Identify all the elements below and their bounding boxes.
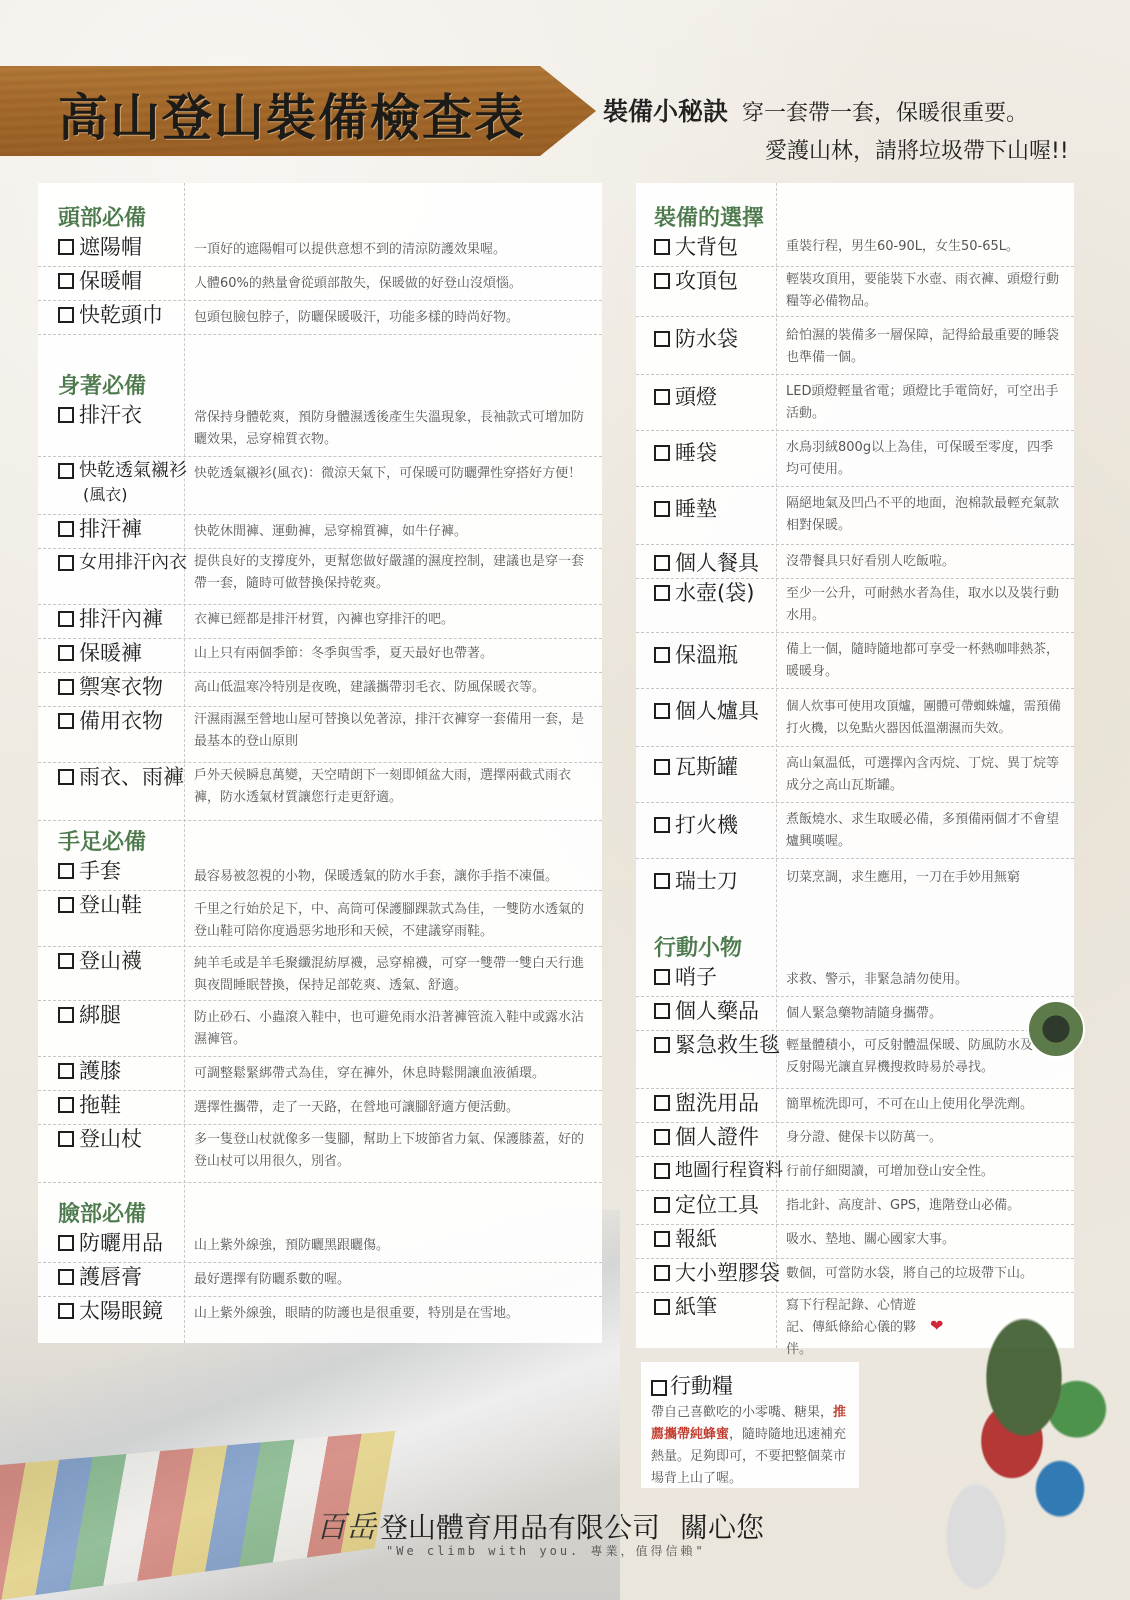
item-description: 帶自己喜歡吃的小零嘴、糖果，推薦攜帶純蜂蜜，隨時隨地迅速補充熱量。足夠即可，不要… — [651, 1402, 849, 1490]
item-description: 一頂好的遮陽帽可以提供意想不到的清涼防護效果喔。 — [194, 239, 586, 261]
item-name: 排汗褲 — [79, 515, 142, 543]
item-description: 提供良好的支撐度外，更幫您做好嚴謹的濕度控制，建議也是穿一套帶一套，隨時可做替換… — [194, 551, 586, 595]
item-name: 禦寒衣物 — [79, 673, 163, 701]
checkbox[interactable] — [654, 703, 670, 719]
footer-care-text: 關心您 — [680, 1506, 764, 1546]
item-name: 遮陽帽 — [79, 233, 142, 261]
item-name: 排汗內褲 — [79, 605, 163, 633]
item-description: 切菜烹調，求生應用，一刀在手妙用無窮 — [786, 867, 1064, 889]
checkbox[interactable] — [58, 611, 74, 627]
checkbox[interactable] — [58, 1303, 74, 1319]
item-description: 山上只有兩個季節：冬季與雪季，夏天最好也帶著。 — [194, 643, 586, 665]
item-name: 定位工具 — [675, 1191, 759, 1219]
section-title-gear: 裝備的選擇 — [654, 201, 764, 232]
item-description: 指北針、高度計、GPS，進階登山必備。 — [786, 1195, 1064, 1217]
item-description: 給怕濕的裝備多一層保障，記得給最重要的睡袋也準備一個。 — [786, 325, 1064, 369]
item-description: LED頭燈輕量省電；頭燈比手電筒好，可空出手活動。 — [786, 381, 1064, 425]
section-title-head: 頭部必備 — [58, 201, 146, 232]
checkbox[interactable] — [58, 713, 74, 729]
item-name: 太陽眼鏡 — [79, 1297, 163, 1325]
item-name: 護膝 — [79, 1057, 121, 1085]
item-description: 戶外天候瞬息萬變，天空晴朗下一刻即傾盆大雨，選擇兩截式雨衣褲，防水透氣材質讓您行… — [194, 765, 586, 809]
item-name: 攻頂包 — [675, 267, 738, 295]
checkbox[interactable] — [58, 1131, 74, 1147]
item-name: 個人證件 — [675, 1123, 759, 1151]
item-name: 地圖行程資料 — [675, 1157, 783, 1185]
item-description: 山上紫外線強，眼睛的防護也是很重要，特別是在雪地。 — [194, 1303, 586, 1325]
item-name: 防水袋 — [675, 325, 738, 353]
item-name: 哨子 — [675, 963, 717, 991]
checkbox[interactable] — [58, 769, 74, 785]
tips-block: 裝備小秘訣 穿一套帶一套，保暖很重要。 愛護山林，請將垃圾帶下山喔!! — [603, 92, 1103, 165]
checkbox[interactable] — [58, 1007, 74, 1023]
checkbox[interactable] — [58, 897, 74, 913]
checkbox[interactable] — [654, 273, 670, 289]
snack-checklist-item[interactable]: 行動糧 — [651, 1370, 849, 1400]
checkbox[interactable] — [58, 1235, 74, 1251]
checkbox[interactable] — [58, 407, 74, 423]
item-description: 行前仔細閱讀，可增加登山安全性。 — [786, 1161, 1064, 1183]
checkbox[interactable] — [58, 307, 74, 323]
checkbox[interactable] — [654, 817, 670, 833]
item-description: 千里之行始於足下，中、高筒可保護腳踝款式為佳，一雙防水透氣的登山鞋可陪你度過惡劣… — [194, 899, 586, 943]
checkbox[interactable] — [58, 463, 74, 479]
snack-desc-text: 帶自己喜歡吃的小零嘴、糖果， — [651, 1405, 833, 1420]
item-name: 保溫瓶 — [675, 641, 738, 669]
checkbox[interactable] — [58, 953, 74, 969]
item-description: 個人炊事可使用攻頂爐，團體可帶蜘蛛爐，需預備打火機，以免點火器因低溫潮濕而失效。 — [786, 695, 1064, 739]
snack-box: 行動糧 帶自己喜歡吃的小零嘴、糖果，推薦攜帶純蜂蜜，隨時隨地迅速補充熱量。足夠即… — [641, 1362, 859, 1488]
item-name: 盥洗用品 — [675, 1089, 759, 1117]
section-title-small-items: 行動小物 — [654, 931, 742, 962]
checkbox[interactable] — [58, 555, 74, 571]
item-name: 打火機 — [675, 811, 738, 839]
item-description: 煮飯燒水、求生取暖必備，多預備兩個才不會望爐興嘆喔。 — [786, 809, 1064, 853]
checkbox[interactable] — [58, 273, 74, 289]
checkbox[interactable] — [654, 1003, 670, 1019]
item-description: 重裝行程，男生60-90L，女生50-65L。 — [786, 236, 1064, 258]
item-description: 輕量體積小，可反射體温保暖、防風防水及反射陽光讓直昇機搜救時易於尋找。 — [786, 1035, 1034, 1079]
item-name: 睡墊 — [675, 495, 717, 523]
item-name: 水壺(袋) — [675, 579, 754, 607]
item-name: 備用衣物 — [79, 707, 163, 735]
item-name: 個人藥品 — [675, 997, 759, 1025]
checkbox[interactable] — [654, 239, 670, 255]
footer: 百岳 登山體育用品有限公司 關心您 "We climb with you. 專業… — [316, 1502, 816, 1559]
item-name: 登山襪 — [79, 947, 142, 975]
checkbox[interactable] — [58, 679, 74, 695]
checkbox[interactable] — [58, 863, 74, 879]
item-description: 高山氣温低，可選擇內含丙烷、丁烷、異丁烷等成分之高山瓦斯罐。 — [786, 753, 1064, 797]
item-description: 可調整鬆緊綁帶式為佳，穿在褲外，休息時鬆開讓血液循環。 — [194, 1063, 586, 1085]
checkbox[interactable] — [654, 445, 670, 461]
item-description: 山上紫外線強，預防曬黑跟曬傷。 — [194, 1235, 586, 1257]
heart-icon: ❤ — [930, 1316, 943, 1335]
item-description: 吸水、墊地、關心國家大事。 — [786, 1229, 1064, 1251]
item-description: 汗濕雨濕至營地山屋可替換以免著涼，排汗衣褲穿一套備用一套，是最基本的登山原則 — [194, 709, 586, 753]
item-description: 選擇性攜帶，走了一天路，在營地可讓腳舒適方便活動。 — [194, 1097, 586, 1119]
item-description: 備上一個，隨時隨地都可享受一杯熱咖啡熱茶，暖暖身。 — [786, 639, 1064, 683]
item-name: 防曬用品 — [79, 1229, 163, 1257]
checkbox[interactable] — [654, 555, 670, 571]
hiking-gear-photo — [880, 1282, 1120, 1600]
checkbox[interactable] — [58, 521, 74, 537]
item-name: 個人餐具 — [675, 549, 759, 577]
item-description: 至少一公升，可耐熱水者為佳，取水以及裝行動水用。 — [786, 583, 1064, 627]
item-description: 快乾休閒褲、運動褲，忌穿棉質褲，如牛仔褲。 — [194, 521, 586, 543]
checkbox[interactable] — [654, 1129, 670, 1145]
item-description: 最容易被忽視的小物，保暖透氣的防水手套，讓你手指不凍僵。 — [194, 866, 586, 888]
item-name: 手套 — [79, 857, 121, 885]
item-description: 輕裝攻頂用，要能裝下水壺、雨衣褲、頭燈行動糧等必備物品。 — [786, 269, 1064, 313]
item-name: 保暖褲 — [79, 639, 142, 667]
item-description: 最好選擇有防曬系數的喔。 — [194, 1269, 586, 1291]
item-description: 高山低温寒冷特別是夜晚，建議攜帶羽毛衣、防風保暖衣等。 — [194, 677, 586, 699]
item-name: 睡袋 — [675, 439, 717, 467]
section-title-face: 臉部必備 — [58, 1197, 146, 1228]
company-logo: 百岳 — [316, 1502, 376, 1546]
checkbox[interactable] — [654, 585, 670, 601]
item-description: 身分證、健保卡以防萬一。 — [786, 1127, 1064, 1149]
item-description: 沒帶餐具只好看別人吃飯啦。 — [786, 551, 1064, 573]
item-name: 綁腿 — [79, 1001, 121, 1029]
checkbox[interactable] — [654, 873, 670, 889]
item-description: 多一隻登山杖就像多一隻腳，幫助上下坡節省力氣、保護膝蓋，好的登山杖可以用很久，別… — [194, 1129, 586, 1173]
item-name: 行動糧 — [670, 1370, 733, 1400]
checkbox[interactable] — [58, 239, 74, 255]
item-description: 常保持身體乾爽，預防身體濕透後產生失溫現象，長袖款式可增加防曬效果，忌穿棉質衣物… — [194, 407, 586, 451]
checkbox[interactable] — [654, 1299, 670, 1315]
item-description: 個人緊急藥物請隨身攜帶。 — [786, 1003, 1064, 1025]
item-name: 瑞士刀 — [675, 867, 738, 895]
item-description: 純羊毛或是羊毛聚纖混紡厚襪，忌穿棉襪，可穿一雙帶一雙白天行進與夜間睡眠替換，保持… — [194, 953, 586, 997]
item-name: 拖鞋 — [79, 1091, 121, 1119]
checkbox[interactable] — [654, 331, 670, 347]
item-subname: (風衣) — [79, 485, 187, 505]
item-description: 衣褲已經都是排汗材質，內褲也穿排汗的吧。 — [194, 609, 586, 631]
item-name: 瓦斯罐 — [675, 753, 738, 781]
item-name: 排汗衣 — [79, 401, 142, 429]
checkbox[interactable] — [654, 501, 670, 517]
tips-text-2: 愛護山林，請將垃圾帶下山喔!! — [765, 134, 1103, 165]
checkbox[interactable] — [654, 969, 670, 985]
item-name: 登山杖 — [79, 1125, 142, 1153]
item-description: 快乾透氣襯衫(風衣)：微涼天氣下，可保暖可防曬彈性穿搭好方便！ — [194, 463, 586, 485]
checkbox[interactable] — [654, 647, 670, 663]
item-name: 大背包 — [675, 233, 738, 261]
item-name: 紙筆 — [675, 1293, 717, 1321]
item-name: 護唇膏 — [79, 1263, 142, 1291]
item-description: 隔絕地氣及凹凸不平的地面，泡棉款最輕充氣款相對保暖。 — [786, 493, 1064, 537]
left-checklist-panel: 頭部必備 遮陽帽 一頂好的遮陽帽可以提供意想不到的清涼防護效果喔。 保暖帽 人體… — [38, 183, 602, 1343]
item-name: 快乾透氣襯衫 — [79, 457, 187, 485]
checkbox[interactable] — [654, 1037, 670, 1053]
tips-text-1: 穿一套帶一套，保暖很重要。 — [742, 96, 1028, 127]
item-description: 求救、警示，非緊急請勿使用。 — [786, 969, 1064, 991]
item-name: 緊急救生毯 — [675, 1031, 780, 1059]
emergency-blanket-photo — [1027, 1000, 1085, 1058]
company-name: 登山體育用品有限公司 — [380, 1506, 660, 1546]
tips-label: 裝備小秘訣 — [603, 92, 728, 128]
item-name: 頭燈 — [675, 383, 717, 411]
checkbox[interactable] — [58, 1063, 74, 1079]
item-description: 簡單梳洗即可，不可在山上使用化學洗劑。 — [786, 1094, 1064, 1116]
section-title-hands-feet: 手足必備 — [58, 825, 146, 856]
item-name: 快乾頭巾 — [79, 301, 163, 329]
right-checklist-panel: 裝備的選擇 大背包 重裝行程，男生60-90L，女生50-65L。 攻頂包 輕裝… — [636, 183, 1074, 1348]
item-name: 大小塑膠袋 — [675, 1259, 780, 1287]
checkbox[interactable] — [654, 1265, 670, 1281]
item-description: 防止砂石、小蟲滾入鞋中，也可避免雨水沿著褲管流入鞋中或露水沾濕褲管。 — [194, 1007, 586, 1051]
checkbox[interactable] — [654, 1231, 670, 1247]
checkbox[interactable] — [654, 389, 670, 405]
page-title: 高山登山裝備檢查表 — [58, 78, 526, 150]
item-name: 報紙 — [675, 1225, 717, 1253]
checkbox[interactable] — [654, 1197, 670, 1213]
item-name: 登山鞋 — [79, 891, 142, 919]
checkbox[interactable] — [58, 1097, 74, 1113]
item-name: 保暖帽 — [79, 267, 142, 295]
checkbox[interactable] — [654, 1163, 670, 1179]
item-name: 個人爐具 — [675, 697, 759, 725]
checkbox[interactable] — [58, 1269, 74, 1285]
item-name: 雨衣、雨褲 — [79, 763, 184, 791]
item-description: 人體60%的熱量會從頭部散失，保暖做的好登山沒煩惱。 — [194, 273, 586, 295]
checkbox[interactable] — [654, 759, 670, 775]
item-name: 女用排汗內衣 — [79, 549, 187, 577]
checkbox[interactable] — [651, 1380, 667, 1396]
checkbox[interactable] — [58, 645, 74, 661]
checkbox[interactable] — [654, 1095, 670, 1111]
item-description: 水鳥羽絨800g以上為佳，可保暖至零度，四季均可使用。 — [786, 437, 1064, 481]
item-description: 包頭包臉包脖子，防曬保暖吸汗，功能多樣的時尚好物。 — [194, 307, 586, 329]
section-title-body: 身著必備 — [58, 369, 146, 400]
